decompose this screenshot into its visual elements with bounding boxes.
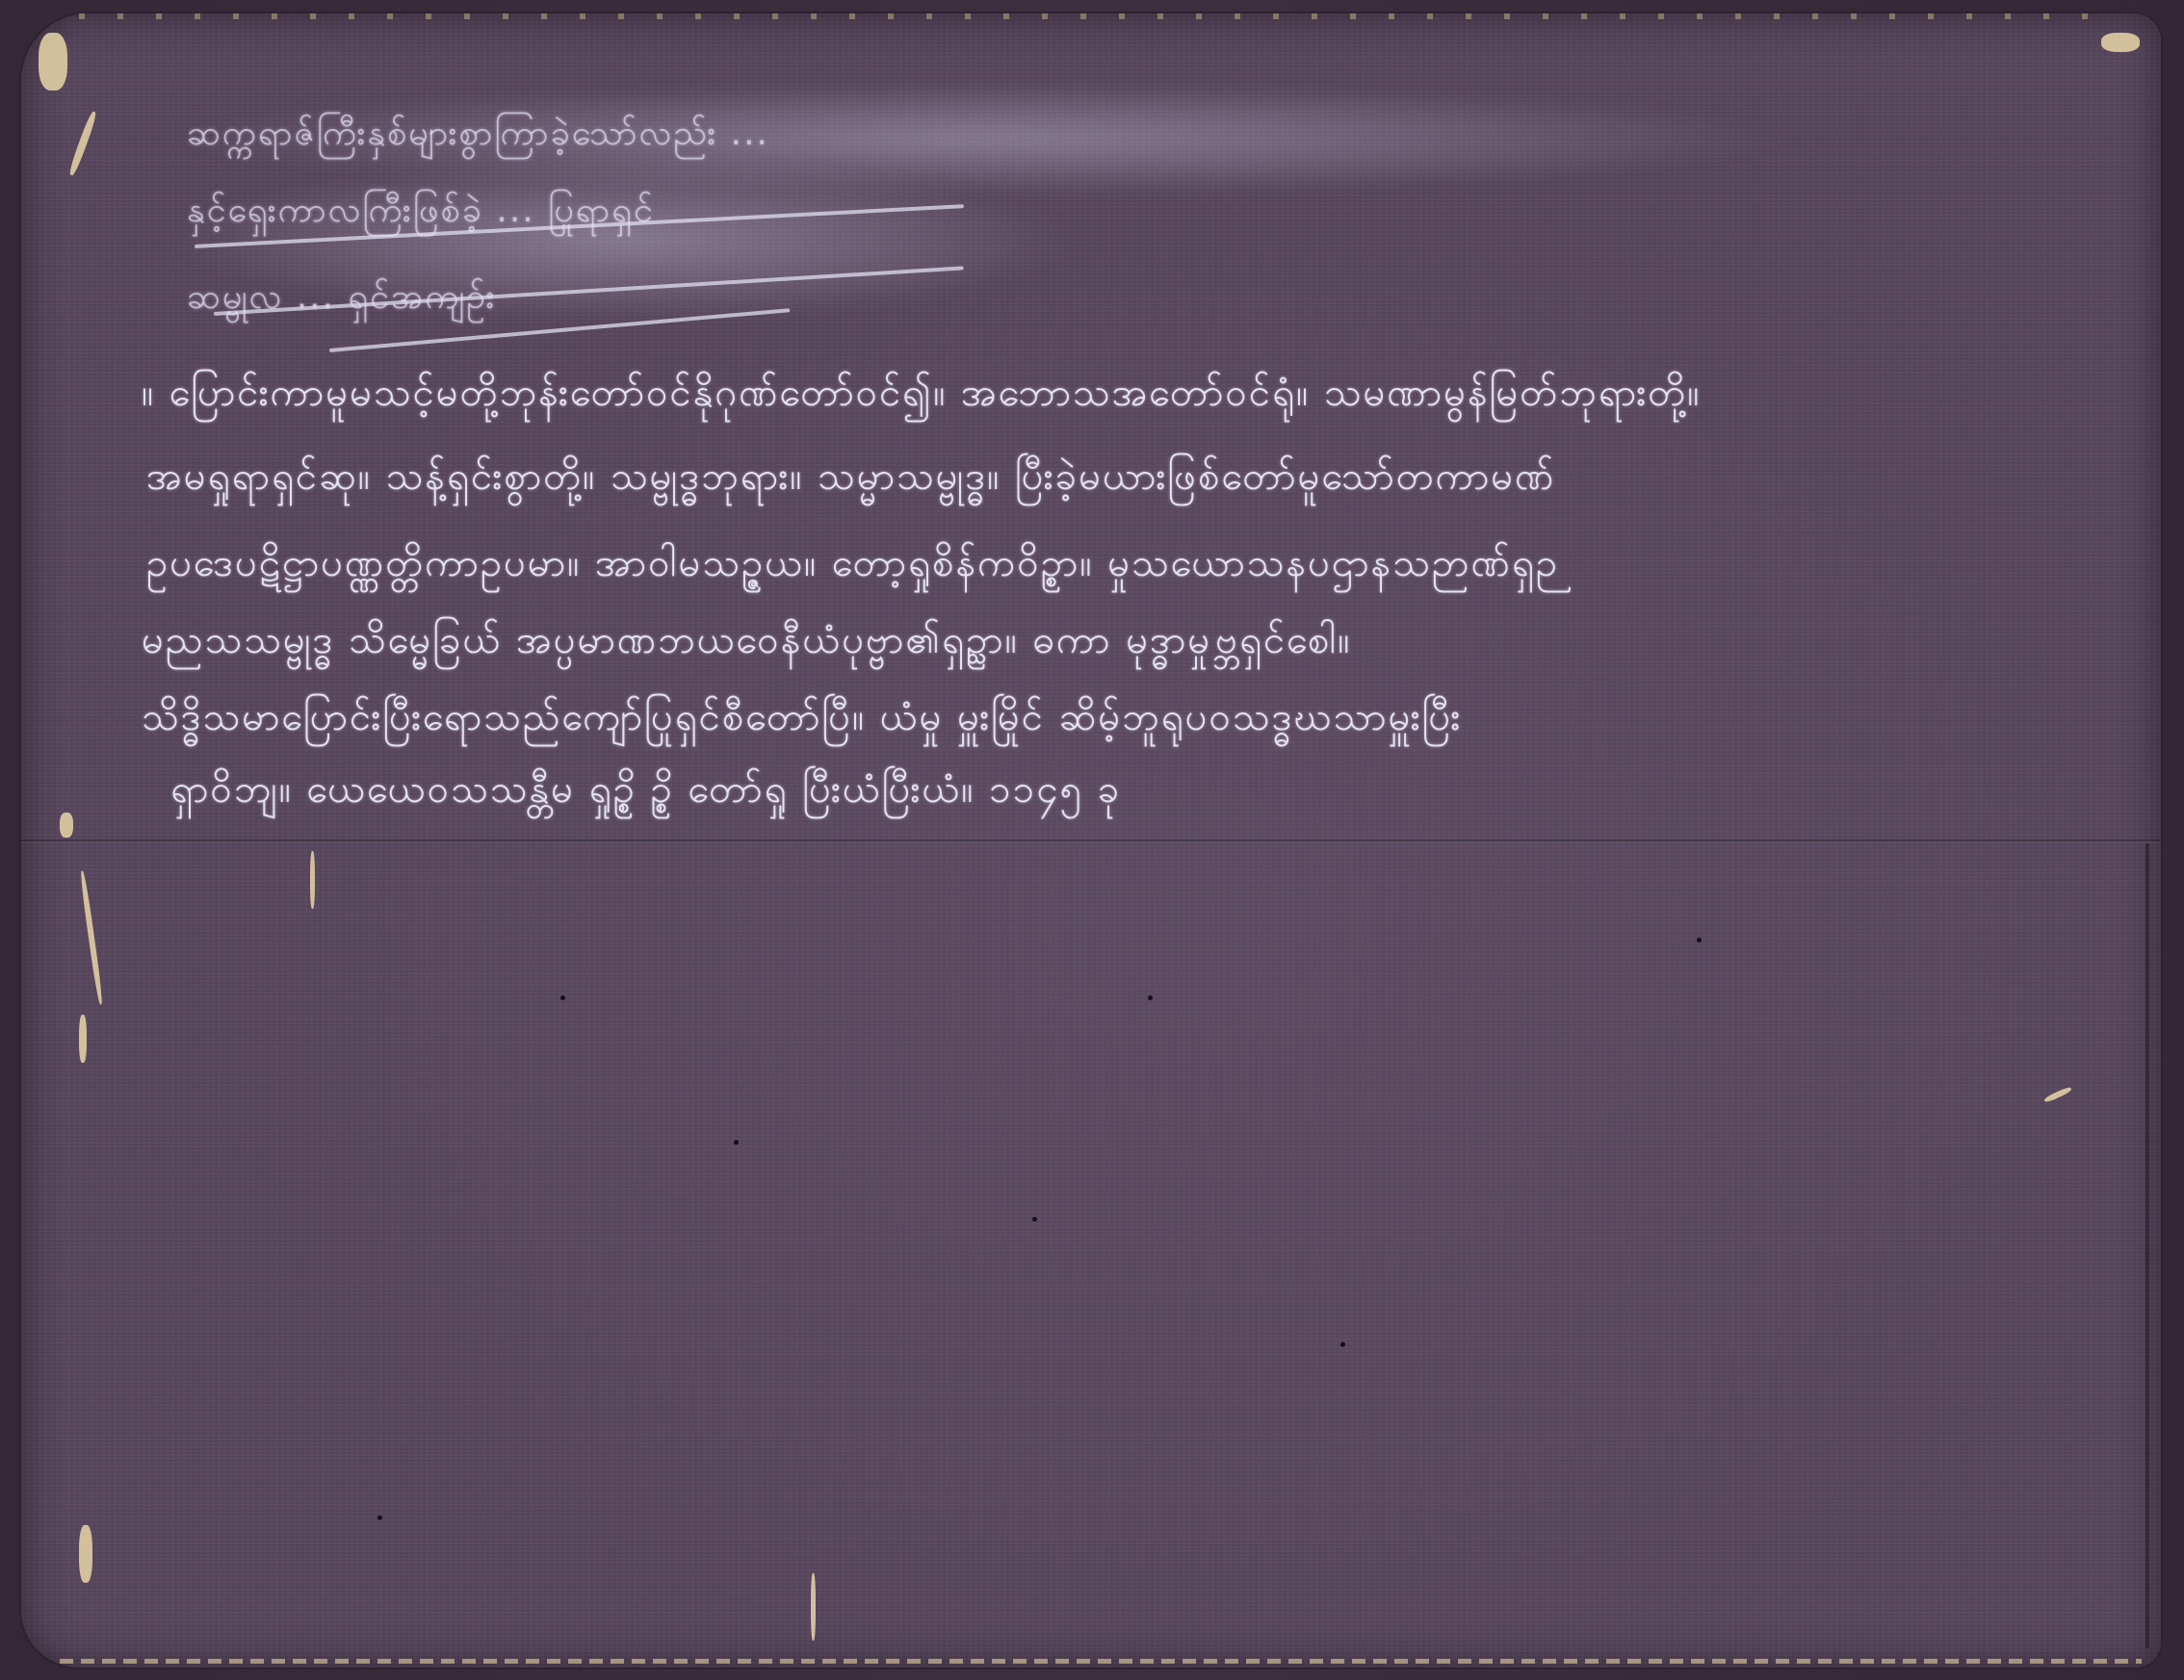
edge-damage	[67, 111, 97, 177]
text-line-3: ဥပဒေပဋိဋ္ဌာပဏ္ဏတ္တိကာဥပမာ။ အာဝါမသဉ္ဇယ။ တ…	[146, 538, 1559, 595]
text-line-1: ။ ပြောင်းကာမူမသင့်မတို့ဘုန်းတော်ဝင်နိုဂု…	[142, 368, 1701, 425]
edge-damage	[39, 33, 67, 90]
surface-pit	[1148, 995, 1153, 1000]
edge-damage	[60, 813, 73, 838]
text-line-2: အမရှုရာရှင်ဆု။ သန့်ရှင်းစွာတို့။ သမ္ဗုဒ္…	[146, 452, 1555, 508]
bottom-edge-wear	[60, 1659, 2142, 1664]
text-line-6: ရှာဝိဘျ။ ယေယေဝသသန္တီမ ရှုဥ္စိ ဥ္စိ တော်ရ…	[170, 764, 1121, 821]
text-line-4: မညသသမ္ဗုဒ္ဓ သိမ္မေခြယ် အပ္ပမာဏဘယဝေနီယံပု…	[142, 615, 1351, 672]
text-line-5: သိဒ္ဓိသမာပြောင်းပြီးရောသည်ကျော်ပြုရှင်စီ…	[142, 692, 1462, 749]
surface-pit	[560, 995, 565, 1000]
surface-pit	[1340, 1342, 1345, 1347]
surface-pit	[1032, 1217, 1037, 1222]
right-panel-edge	[2145, 843, 2149, 1648]
top-edge-wear	[79, 13, 2103, 19]
surface-pit	[377, 1515, 382, 1520]
parabaik-slate: ဆက္ကရာဇ်ကြီးနှစ်များစွာကြာခဲ့သော်လည်း ..…	[21, 13, 2161, 1667]
edge-damage	[310, 851, 315, 909]
erased-line-1: ဆက္ကရာဇ်ကြီးနှစ်များစွာကြာခဲ့သော်လည်း ..…	[187, 110, 769, 162]
edge-damage	[2101, 33, 2140, 52]
surface-pit	[734, 1140, 739, 1145]
surface-pit	[1697, 938, 1702, 943]
erased-line-2: နှင့်ရှေးကာလကြီးဖြစ်ခဲ့ ... ပြုရာရှင်	[187, 187, 655, 239]
edge-damage	[2043, 1086, 2072, 1103]
edge-damage	[79, 1525, 92, 1583]
edge-damage	[79, 870, 103, 1004]
edge-damage	[79, 1015, 87, 1063]
fold-crease	[21, 840, 2161, 843]
edge-damage	[811, 1573, 816, 1641]
